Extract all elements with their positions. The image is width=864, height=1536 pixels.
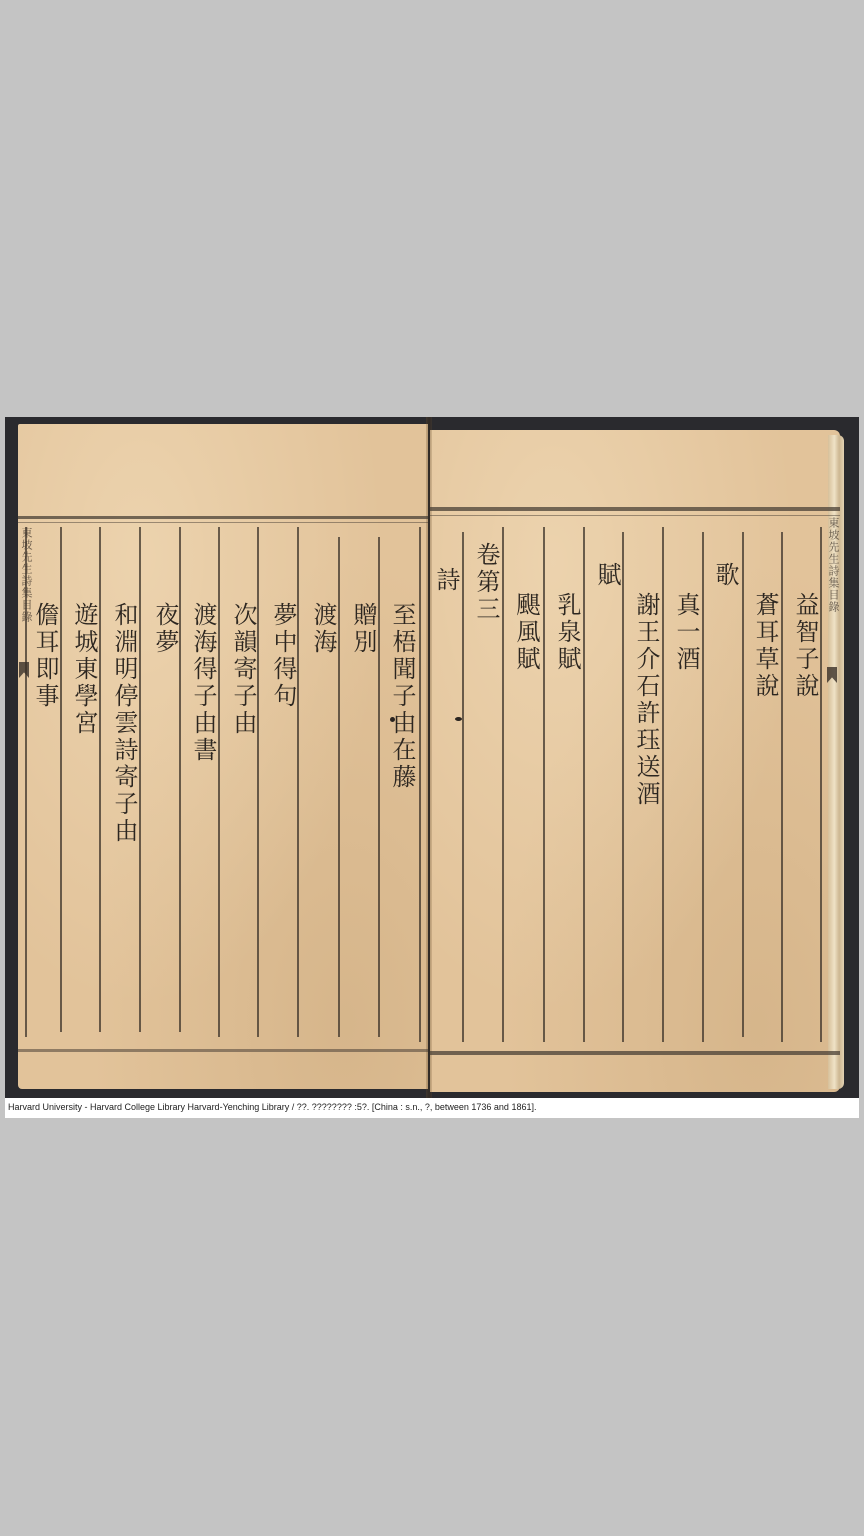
book-scan: 東坡先生詩集目錄 東坡先生詩集目錄 益智子說 蒼耳草說 歌 真一酒 謝王介石許珏… [5, 417, 859, 1098]
right-column-rule [622, 532, 624, 1042]
toc-entry: 渡海得子由書 [189, 602, 217, 764]
left-column-rule [60, 527, 62, 1032]
right-column-rule [583, 527, 585, 1042]
right-column-rule [502, 527, 504, 1042]
toc-entry: 蒼耳草說 [751, 592, 779, 700]
left-page [18, 424, 428, 1089]
left-bottom-border [18, 1049, 428, 1052]
toc-entry: 贈別 [349, 602, 377, 656]
left-column-rule [338, 537, 340, 1037]
toc-entry: 至梧聞子由在藤 [388, 602, 416, 791]
right-column-rule [543, 527, 545, 1042]
toc-volume-heading: 卷第三 [472, 542, 500, 623]
caption-bar: Harvard University - Harvard College Lib… [5, 1098, 859, 1118]
ink-mark [455, 717, 462, 721]
left-column-rule [218, 527, 220, 1037]
toc-entry: 渡海 [309, 602, 337, 656]
right-column-rule [702, 532, 704, 1042]
toc-entry: 夢中得句 [269, 602, 297, 710]
right-bottom-border [430, 1051, 840, 1055]
left-column-rule [378, 537, 380, 1037]
left-column-rule [297, 527, 299, 1037]
right-top-inner-border [430, 515, 840, 516]
toc-entry: 儋耳即事 [31, 602, 59, 710]
left-column-rule [257, 527, 259, 1037]
toc-entry: 益智子說 [791, 592, 819, 700]
left-column-rule [179, 527, 181, 1032]
toc-section-heading: 賦 [593, 562, 621, 589]
right-column-rule [742, 532, 744, 1037]
toc-entry: 颶風賦 [512, 592, 540, 673]
right-page-margin-title: 東坡先生詩集目錄 [825, 517, 841, 613]
toc-entry: 夜夢 [151, 602, 179, 656]
left-column-rule [139, 527, 141, 1032]
left-top-border [18, 516, 428, 519]
toc-entry: 遊城東學宮 [70, 602, 98, 737]
right-column-rule [781, 532, 783, 1042]
toc-entry: 謝王介石許珏送酒 [632, 592, 660, 808]
toc-entry: 次韻寄子由 [229, 602, 257, 737]
toc-entry: 和淵明停雲詩寄子由 [110, 602, 138, 845]
left-column-rule [419, 527, 421, 1042]
right-column-rule [662, 527, 664, 1042]
toc-entry: 真一酒 [672, 592, 700, 673]
ink-mark [390, 717, 395, 722]
image-viewer: 東坡先生詩集目錄 東坡先生詩集目錄 益智子說 蒼耳草說 歌 真一酒 謝王介石許珏… [5, 417, 859, 1118]
left-column-rule [99, 527, 101, 1032]
image-caption: Harvard University - Harvard College Lib… [8, 1102, 536, 1112]
right-top-border [430, 507, 840, 511]
toc-entry: 乳泉賦 [553, 592, 581, 673]
left-top-inner-border [18, 522, 428, 523]
toc-section-heading: 詩 [432, 567, 460, 594]
toc-section-heading: 歌 [711, 562, 739, 589]
right-column-rule [462, 532, 464, 1042]
right-column-rule [820, 527, 822, 1042]
center-gutter-fold [426, 417, 432, 1098]
